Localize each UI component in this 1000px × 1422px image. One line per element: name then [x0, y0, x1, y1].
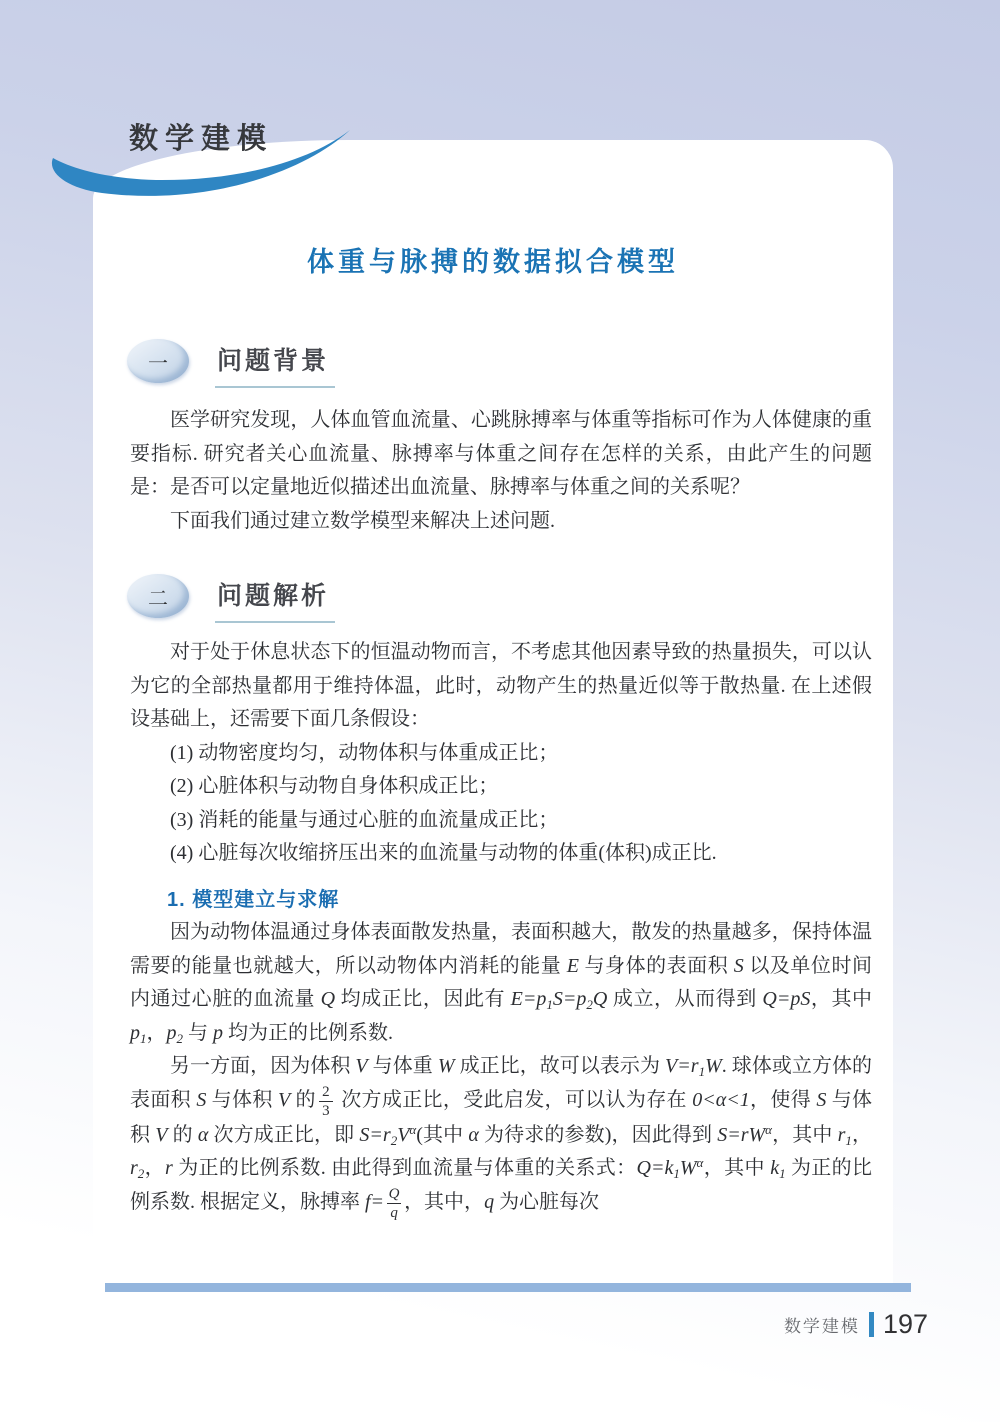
math-expression: Q: [593, 988, 607, 1010]
math-expression: p1: [130, 1022, 147, 1044]
math-expression: E: [567, 955, 579, 977]
section-1-badge: 一: [127, 339, 189, 383]
math-expression: r2: [130, 1157, 144, 1179]
math-expression: S=rWα: [717, 1124, 772, 1146]
math-expression: r: [165, 1157, 173, 1179]
math-expression: W: [438, 1055, 455, 1077]
math-expression: α: [468, 1124, 479, 1146]
textbook-page: { "header": { "label": "数学建模" }, "title"…: [0, 0, 1000, 1422]
subsection-body: 因为动物体温通过身体表面散发热量，表面积越大，散发的热量越多，保持体温需要的能量…: [130, 916, 872, 1221]
math-expression: p2: [576, 988, 593, 1010]
assumption-item-2: (2) 心脏体积与动物自身体积成正比；: [130, 770, 872, 804]
math-expression: Q: [321, 988, 335, 1010]
paragraph: 医学研究发现，人体血管血流量、心跳脉搏率与体重等指标可作为人体健康的重要指标. …: [130, 404, 872, 505]
math-expression: Vα: [397, 1124, 416, 1146]
assumption-item-3: (3) 消耗的能量与通过心脏的血流量成正比；: [130, 804, 872, 838]
footer-page-number: 197: [883, 1309, 928, 1340]
fraction: Qq: [387, 1186, 401, 1221]
math-expression: p: [213, 1022, 223, 1044]
math-expression: Wα: [680, 1157, 704, 1179]
page-title: 体重与脉搏的数据拟合模型: [93, 240, 893, 279]
section-2-badge: 二: [127, 574, 189, 618]
subsection-heading: 1. 模型建立与求解: [167, 883, 339, 912]
section-1-header: 一 问题背景: [127, 339, 335, 388]
footer-separator-bar: [869, 1312, 874, 1337]
math-expression: Q=: [637, 1157, 665, 1179]
section-1-title: 问题背景: [215, 339, 335, 388]
math-expression: k1: [664, 1157, 679, 1179]
swoosh-decoration-icon: [44, 124, 354, 198]
math-expression: α: [198, 1124, 209, 1146]
math-expression: r2: [383, 1124, 397, 1146]
math-expression: f=: [365, 1191, 384, 1213]
footer-rule-bar: [105, 1283, 911, 1292]
math-expression: 0<α<1: [692, 1089, 750, 1111]
paragraph: 另一方面，因为体积 V 与体重 W 成正比，故可以表示为 V=r1W. 球体或立…: [130, 1050, 872, 1221]
section-1-body: 医学研究发现，人体血管血流量、心跳脉搏率与体重等指标可作为人体健康的重要指标. …: [130, 404, 872, 538]
assumption-item-1: (1) 动物密度均匀，动物体积与体重成正比；: [130, 737, 872, 771]
section-2-header: 二 问题解析: [127, 574, 335, 623]
math-expression: V=: [665, 1055, 691, 1077]
page-footer: 数学建模 197: [784, 1309, 928, 1340]
math-expression: E=: [511, 988, 537, 1010]
math-expression: V: [355, 1055, 367, 1077]
section-2-title: 问题解析: [215, 574, 335, 623]
paragraph: 对于处于休息状态下的恒温动物而言，不考虑其他因素导致的热量损失，可以认为它的全部…: [130, 636, 872, 737]
math-expression: r1: [691, 1055, 705, 1077]
footer-chapter-label: 数学建模: [784, 1312, 860, 1337]
math-expression: S: [196, 1089, 206, 1111]
fraction: 23: [319, 1084, 333, 1119]
math-expression: S=: [553, 988, 577, 1010]
math-expression: p2: [167, 1022, 184, 1044]
math-expression: r1: [838, 1124, 852, 1146]
math-expression: q: [484, 1191, 494, 1213]
math-expression: S: [734, 955, 744, 977]
math-expression: V: [278, 1089, 290, 1111]
assumption-item-4: (4) 心脏每次收缩挤压出来的血流量与动物的体重(体积)成正比.: [130, 837, 872, 871]
section-2-body: 对于处于休息状态下的恒温动物而言，不考虑其他因素导致的热量损失，可以认为它的全部…: [130, 636, 872, 871]
math-expression: W: [705, 1055, 722, 1077]
paragraph: 下面我们通过建立数学模型来解决上述问题.: [130, 505, 872, 539]
math-expression: k1: [770, 1157, 785, 1179]
math-expression: S=: [359, 1124, 383, 1146]
paragraph: 因为动物体温通过身体表面散发热量，表面积越大，散发的热量越多，保持体温需要的能量…: [130, 916, 872, 1050]
math-expression: V: [155, 1124, 167, 1146]
math-expression: Q=pS: [762, 988, 810, 1010]
math-expression: p1: [536, 988, 553, 1010]
math-expression: S: [816, 1089, 826, 1111]
